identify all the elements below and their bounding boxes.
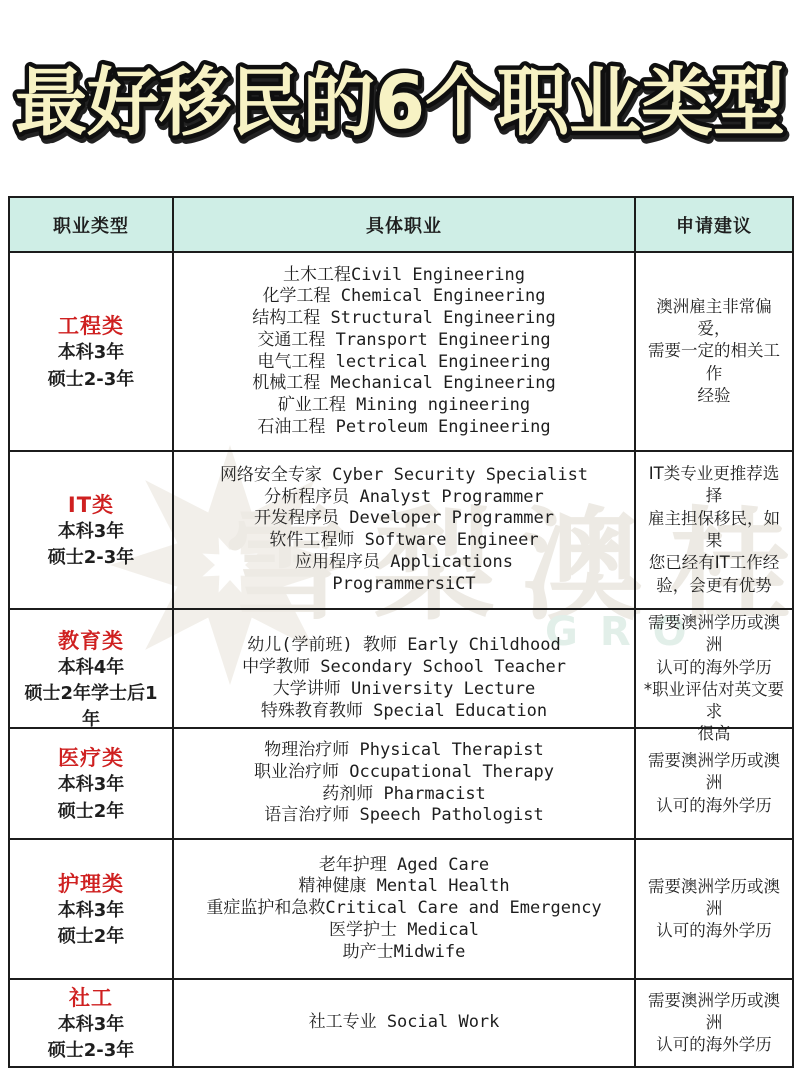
jobs-cell: 老年护理 Aged Care 精神健康 Mental Health 重症监护和急… [172, 840, 634, 978]
infographic-page: 雪梨澳桂 GRO 最好移民的6个职业类型 职业类型 具体职业 申请建议 工程类 … [0, 0, 800, 1069]
jobs-cell: 物理治疗师 Physical Therapist 职业治疗师 Occupatio… [172, 729, 634, 838]
category-name: 教育类 [58, 625, 124, 655]
occupations-table: 职业类型 具体职业 申请建议 工程类 本科3年 硕士2-3年 土木工程Civil… [8, 196, 794, 1068]
jobs-cell: 网络安全专家 Cyber Security Specialist 分析程序员 A… [172, 452, 634, 608]
category-cell: 社工 本科3年 硕士2-3年 [10, 980, 172, 1066]
category-cell: 护理类 本科3年 硕士2年 [10, 840, 172, 978]
table-row-nursing: 护理类 本科3年 硕士2年 老年护理 Aged Care 精神健康 Mental… [10, 838, 792, 978]
header-occupation-type: 职业类型 [10, 198, 172, 251]
category-cell: IT类 本科3年 硕士2-3年 [10, 452, 172, 608]
jobs-cell: 幼儿(学前班) 教师 Early Childhood 中学教师 Secondar… [172, 610, 634, 748]
table-row-engineering: 工程类 本科3年 硕士2-3年 土木工程Civil Engineering 化学… [10, 251, 792, 450]
table-row-medical: 医疗类 本科3年 硕士2年 物理治疗师 Physical Therapist 职… [10, 727, 792, 838]
table-row-education: 教育类 本科4年 硕士2年学士后1年 幼儿(学前班) 教师 Early Chil… [10, 608, 792, 727]
category-cell: 工程类 本科3年 硕士2-3年 [10, 253, 172, 450]
advice-cell: IT类专业更推荐选择 雇主担保移民，如果 您已经有IT工作经 验，会更有优势 [634, 452, 792, 608]
category-duration: 本科3年 硕士2-3年 [48, 519, 135, 571]
page-title-text: 最好移民的6个职业类型 [15, 60, 785, 146]
category-duration: 本科3年 硕士2-3年 [48, 340, 135, 392]
category-name: 医疗类 [58, 742, 124, 772]
category-name: IT类 [68, 489, 114, 519]
table-row-it: IT类 本科3年 硕士2-3年 网络安全专家 Cyber Security Sp… [10, 450, 792, 608]
header-application-advice: 申请建议 [634, 198, 792, 251]
advice-cell: 需要澳洲学历或澳洲 认可的海外学历 [634, 980, 792, 1066]
category-duration: 本科3年 硕士2年 [58, 772, 125, 824]
jobs-cell: 土木工程Civil Engineering 化学工程 Chemical Engi… [172, 253, 634, 450]
category-name: 工程类 [58, 310, 124, 340]
page-title: 最好移民的6个职业类型 [0, 40, 800, 164]
advice-cell: 需要澳洲学历或澳洲 认可的海外学历 *职业评估对英文要求 很高 [634, 610, 792, 748]
category-name: 护理类 [58, 868, 124, 898]
table-row-social-work: 社工 本科3年 硕士2-3年 社工专业 Social Work 需要澳洲学历或澳… [10, 978, 792, 1066]
advice-cell: 需要澳洲学历或澳洲 认可的海外学历 [634, 729, 792, 838]
category-duration: 本科3年 硕士2-3年 [48, 1012, 135, 1064]
jobs-cell: 社工专业 Social Work [172, 980, 634, 1066]
table-header-row: 职业类型 具体职业 申请建议 [10, 198, 792, 251]
category-name: 社工 [69, 982, 113, 1012]
category-duration: 本科3年 硕士2年 [58, 898, 125, 950]
header-specific-occupations: 具体职业 [172, 198, 634, 251]
category-duration: 本科4年 硕士2年学士后1年 [16, 655, 166, 733]
advice-cell: 需要澳洲学历或澳洲 认可的海外学历 [634, 840, 792, 978]
advice-cell: 澳洲雇主非常偏爱， 需要一定的相关工作 经验 [634, 253, 792, 450]
category-cell: 医疗类 本科3年 硕士2年 [10, 729, 172, 838]
category-cell: 教育类 本科4年 硕士2年学士后1年 [10, 610, 172, 748]
